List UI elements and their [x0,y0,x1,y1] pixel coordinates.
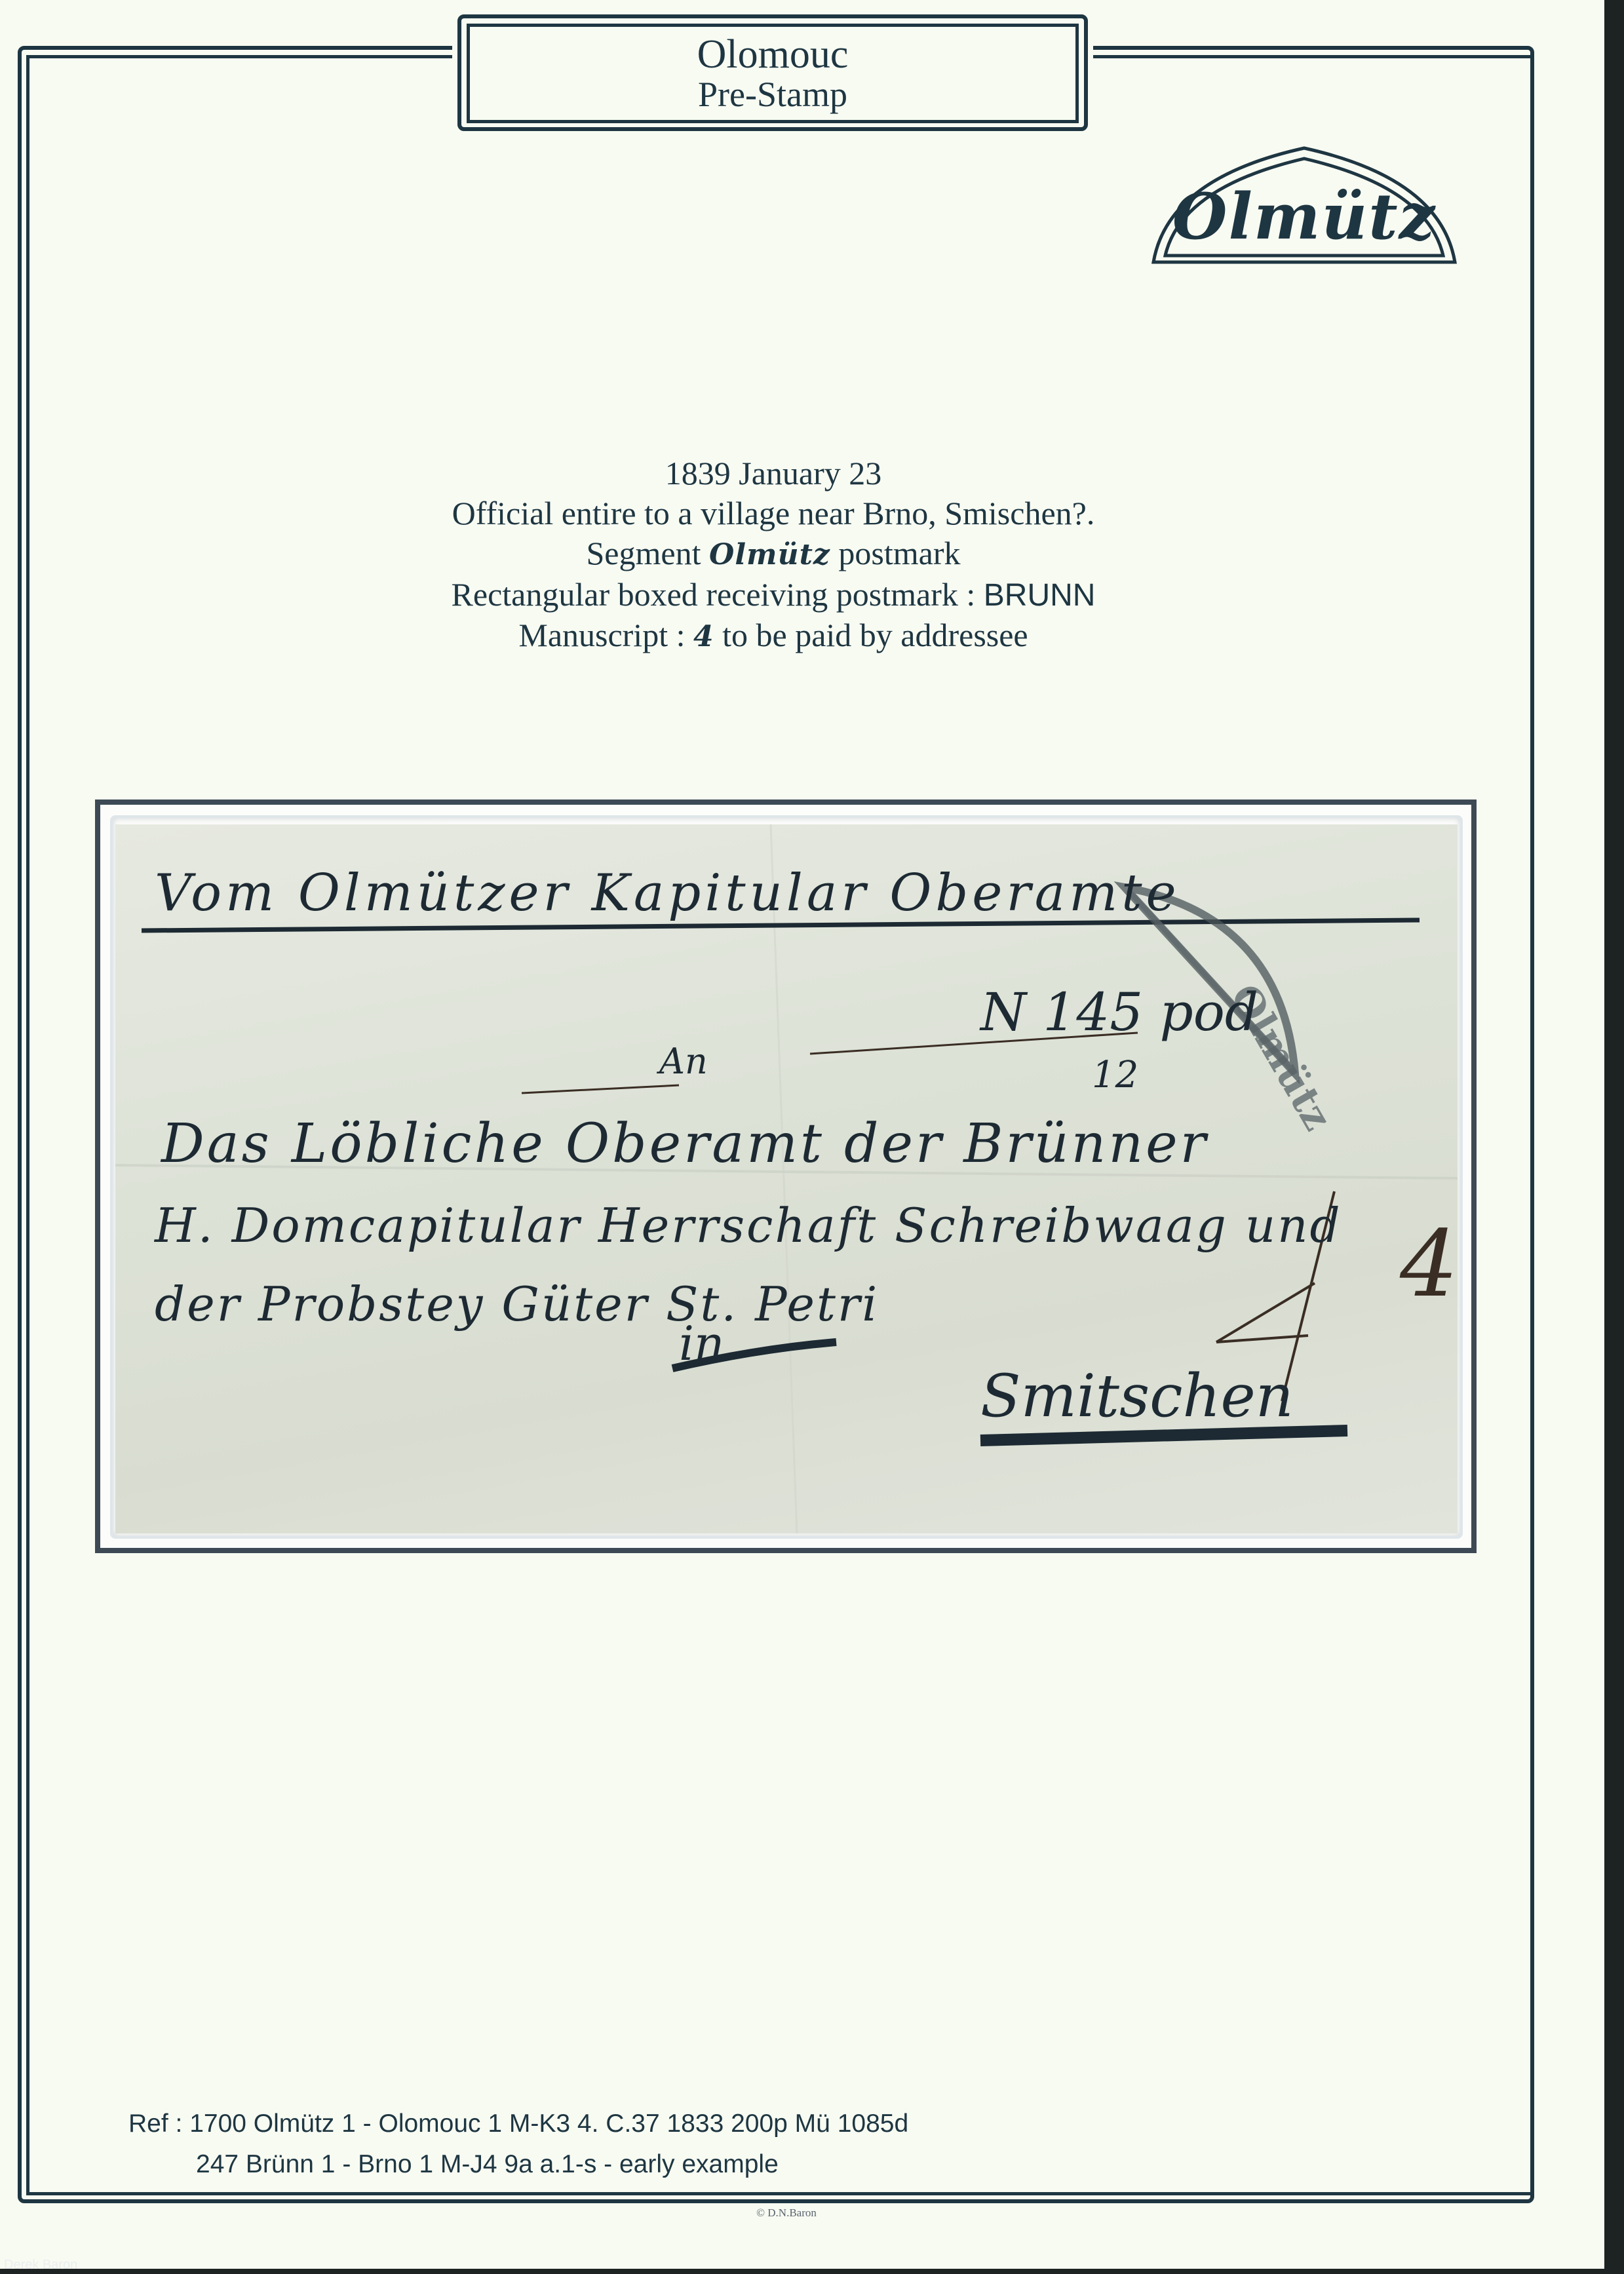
description-line-3: Rectangular boxed receiving postmark : B… [197,575,1350,615]
handwriting-registry-sub: 12 [1092,1054,1138,1096]
reference-line-2: 247 Brünn 1 - Brno 1 M-J4 9a a.1-s - ear… [128,2144,908,2185]
handwriting-sender: Vom Olmützer Kapitular Oberamte [155,864,1180,923]
postal-cover-entire: Olmütz Vom Olmützer Kapitular Oberamte N… [115,824,1458,1533]
handwriting-via: in [679,1316,724,1371]
scanner-background-bottom [0,2269,1624,2274]
blackletter-olmutz: Olmütz [709,538,830,571]
segment-postmark-label: Olmütz [1172,180,1437,254]
description-line-1: Official entire to a village near Brno, … [197,493,1350,533]
cover-description: 1839 January 23 Official entire to a vil… [197,453,1350,657]
handwriting-address-3: der Probstey Güter St. Petri [155,1277,879,1332]
page-subtitle: Pre-Stamp [698,75,847,113]
reference-line-1: Ref : 1700 Olmütz 1 - Olomouc 1 M-K3 4. … [128,2104,908,2144]
title-box: Olomouc Pre-Stamp [467,24,1079,123]
segment-postmark-icon: Olmütz [1148,139,1460,266]
handwriting-address-1: Das Löbliche Oberamt der Brünner [161,1113,1208,1175]
cover-date: 1839 January 23 [197,453,1350,493]
scanner-background-right [1604,0,1624,2274]
handwriting-to: An [659,1041,708,1082]
handwriting-postage-due: 4 [1400,1211,1458,1318]
scanner-credit: Derek Baron [4,2258,77,2273]
handwriting-destination: Smitschen [980,1362,1294,1431]
description-line-2: Segment Olmütz postmark [197,533,1350,575]
catalogue-references: Ref : 1700 Olmütz 1 - Olomouc 1 M-K3 4. … [128,2104,908,2185]
description-line-4: Manuscript : 4 to be paid by addressee [197,615,1350,657]
handwriting-address-2: H. Domcapitular Herrschaft Schreibwaag u… [155,1198,1342,1253]
copyright-notice: © D.N.Baron [721,2207,852,2220]
handwriting-registry: N 145 pod [980,982,1258,1043]
brunn-label: BRUNN [984,578,1096,613]
manuscript-4-glyph: 4 [693,620,714,653]
page-title: Olomouc [697,33,849,75]
